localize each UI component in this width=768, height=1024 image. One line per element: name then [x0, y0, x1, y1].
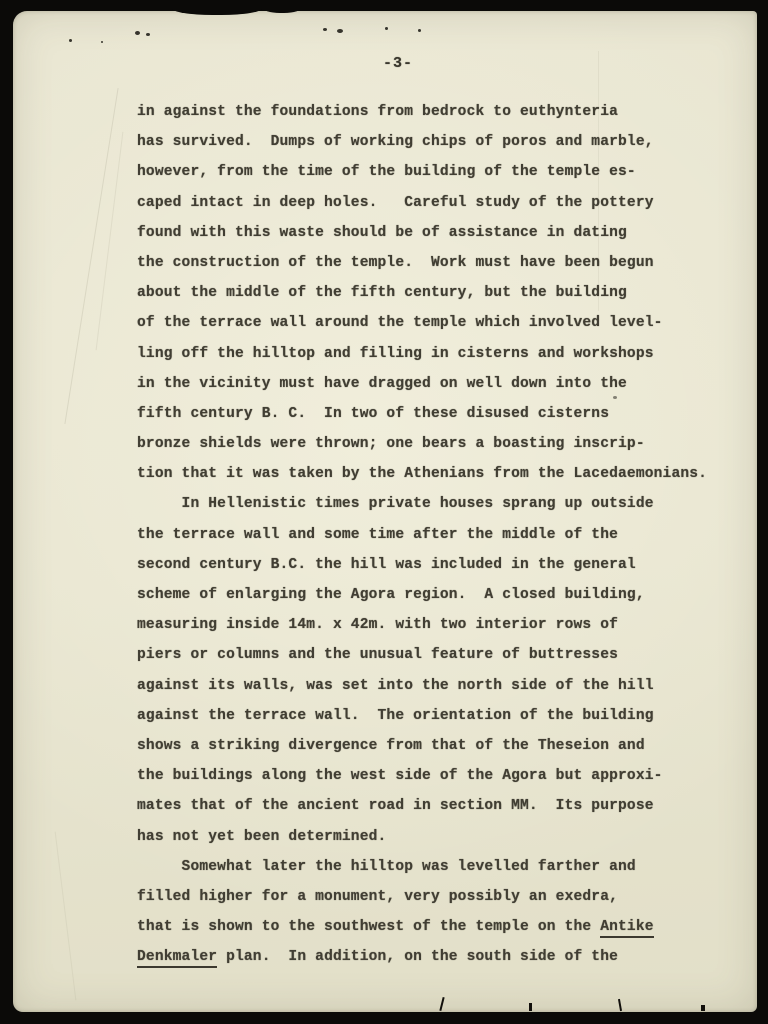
text-line: has not yet been determined.: [137, 822, 737, 852]
text-segment: shows a striking divergence from that of…: [137, 738, 645, 754]
edge-fiber: [701, 1005, 705, 1011]
text-line: In Hellenistic times private houses spra…: [137, 489, 737, 519]
text-segment: mates that of the ancient road in sectio…: [137, 798, 654, 814]
text-line: shows a striking divergence from that of…: [137, 731, 737, 761]
text-line: caped intact in deep holes. Careful stud…: [137, 188, 737, 218]
text-segment: that is shown to the southwest of the te…: [137, 919, 600, 935]
ink-speck: [385, 27, 388, 30]
text-segment: the terrace wall and some time after the…: [137, 527, 618, 543]
text-segment: measuring inside 14m. x 42m. with two in…: [137, 617, 618, 633]
text-segment: in against the foundations from bedrock …: [137, 104, 618, 120]
ink-speck: [418, 29, 421, 32]
text-line: scheme of enlarging the Agora region. A …: [137, 580, 737, 610]
text-line: the terrace wall and some time after the…: [137, 520, 737, 550]
text-segment: the buildings along the west side of the…: [137, 768, 663, 784]
text-line: found with this waste should be of assis…: [137, 218, 737, 248]
scan-border-bump: [172, 0, 262, 15]
text-line: mates that of the ancient road in sectio…: [137, 791, 737, 821]
text-block: in against the foundations from bedrock …: [137, 97, 737, 972]
paper-scratch: [96, 132, 124, 350]
text-segment: second century B.C. the hill was include…: [137, 557, 636, 573]
typewritten-page: -3- in against the foundations from bedr…: [13, 11, 757, 1012]
text-line: about the middle of the fifth century, b…: [137, 278, 737, 308]
text-line: fifth century B. C. In two of these disu…: [137, 399, 737, 429]
text-segment: fifth century B. C. In two of these disu…: [137, 406, 609, 422]
text-line: in the vicinity must have dragged on wel…: [137, 369, 737, 399]
text-line: has survived. Dumps of working chips of …: [137, 127, 737, 157]
text-line: that is shown to the southwest of the te…: [137, 912, 737, 942]
ink-speck: [101, 41, 103, 43]
text-segment: bronze shields were thrown; one bears a …: [137, 436, 645, 452]
text-line: however, from the time of the building o…: [137, 157, 737, 187]
text-segment: ling off the hilltop and filling in cist…: [137, 346, 654, 362]
paper-scratch: [64, 88, 118, 424]
text-segment: tion that it was taken by the Athenians …: [137, 466, 707, 482]
edge-fiber: [529, 1003, 532, 1011]
text-line: in against the foundations from bedrock …: [137, 97, 737, 127]
text-line: Denkmaler plan. In addition, on the sout…: [137, 942, 737, 972]
text-line: tion that it was taken by the Athenians …: [137, 459, 737, 489]
text-line: against the terrace wall. The orientatio…: [137, 701, 737, 731]
text-line: piers or columns and the unusual feature…: [137, 640, 737, 670]
text-segment: found with this waste should be of assis…: [137, 225, 627, 241]
ink-speck: [323, 28, 327, 31]
text-line: bronze shields were thrown; one bears a …: [137, 429, 737, 459]
text-segment: about the middle of the fifth century, b…: [137, 285, 627, 301]
text-line: of the terrace wall around the temple wh…: [137, 308, 737, 338]
text-line: against its walls, was set into the nort…: [137, 671, 737, 701]
ink-speck: [69, 39, 72, 42]
underlined-text: Denkmaler: [137, 949, 217, 968]
edge-fiber: [618, 999, 622, 1011]
paper-scratch: [55, 832, 77, 1001]
text-line: the buildings along the west side of the…: [137, 761, 737, 791]
underlined-text: Antike: [600, 919, 653, 938]
text-line: measuring inside 14m. x 42m. with two in…: [137, 610, 737, 640]
ink-speck: [135, 31, 140, 35]
ink-speck: [337, 29, 343, 33]
scan-border-bump: [262, 0, 302, 13]
text-line: Somewhat later the hilltop was levelled …: [137, 852, 737, 882]
text-segment: the construction of the temple. Work mus…: [137, 255, 654, 271]
text-segment: has survived. Dumps of working chips of …: [137, 134, 654, 150]
ink-speck: [146, 33, 150, 36]
text-segment: however, from the time of the building o…: [137, 164, 636, 180]
text-segment: In Hellenistic times private houses spra…: [137, 496, 654, 512]
text-line: filled higher for a monument, very possi…: [137, 882, 737, 912]
text-segment: Somewhat later the hilltop was levelled …: [137, 859, 636, 875]
text-segment: against its walls, was set into the nort…: [137, 678, 654, 694]
edge-fiber: [439, 997, 444, 1011]
text-segment: filled higher for a monument, very possi…: [137, 889, 618, 905]
page-number: -3-: [358, 55, 438, 72]
text-segment: scheme of enlarging the Agora region. A …: [137, 587, 645, 603]
text-segment: has not yet been determined.: [137, 829, 386, 845]
text-line: second century B.C. the hill was include…: [137, 550, 737, 580]
text-segment: in the vicinity must have dragged on wel…: [137, 376, 627, 392]
text-segment: piers or columns and the unusual feature…: [137, 647, 618, 663]
text-segment: of the terrace wall around the temple wh…: [137, 315, 663, 331]
text-segment: caped intact in deep holes. Careful stud…: [137, 195, 654, 211]
text-line: the construction of the temple. Work mus…: [137, 248, 737, 278]
text-line: ling off the hilltop and filling in cist…: [137, 339, 737, 369]
text-segment: against the terrace wall. The orientatio…: [137, 708, 654, 724]
text-segment: plan. In addition, on the south side of …: [217, 949, 618, 965]
